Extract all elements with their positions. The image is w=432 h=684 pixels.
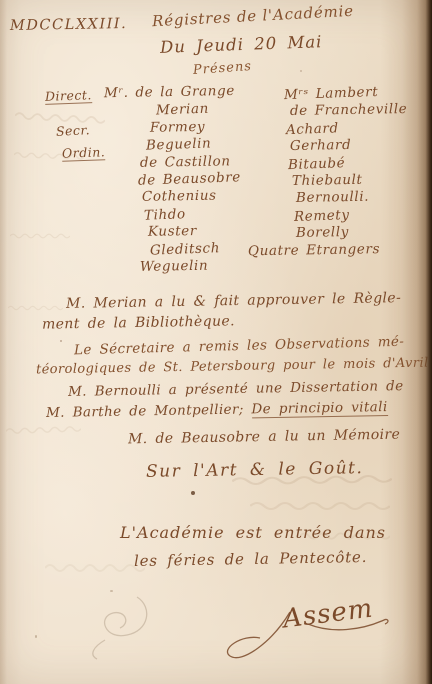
show-through-ghost xyxy=(250,500,390,512)
paper-speck xyxy=(60,340,62,342)
attendee-name: Weguelin xyxy=(140,258,241,277)
attendee-column-right: Mʳˢ Lambert de Francheville Achard Gerha… xyxy=(284,86,407,260)
role-label-secretary: Secr. xyxy=(56,123,91,139)
show-through-ghost xyxy=(6,423,81,438)
role-label-ordinary: Ordin. xyxy=(62,145,106,161)
attendee-name: Quatre Etrangers xyxy=(248,241,408,261)
ink-dot xyxy=(191,491,195,495)
manuscript-page: MDCCLXXIII. Régistres de l'Académie Du J… xyxy=(0,0,432,684)
minute-entry-beausobre-line1: M. de Beausobre a lu un Mémoire xyxy=(128,428,401,448)
pencil-flourish xyxy=(75,585,155,663)
closing-line1: L'Académie est entrée dans xyxy=(120,524,386,542)
minute-entry-bernoulli-line2: M. Barthe de Montpellier; De principio v… xyxy=(46,400,388,421)
minute-entry-secretary-line2: téorologiques de St. Petersbourg pour le… xyxy=(36,357,429,378)
attendee-name: Cothenius xyxy=(142,188,241,207)
paper-speck xyxy=(300,70,302,72)
year-roman-numeral: MDCCLXXIII. xyxy=(10,17,127,35)
signature-text: Assem xyxy=(282,595,375,634)
register-title: Régistres de l'Académie xyxy=(152,3,355,30)
show-through-ghost xyxy=(8,302,63,314)
attendee-column-left: Mʳ. de la Grange Merian Formey Beguelin … xyxy=(138,85,241,276)
dissertation-title-underlined: De principio vitali xyxy=(251,399,387,418)
minute-entry-merian-line1: M. Merian a lu & fait approuver le Règle… xyxy=(66,291,401,312)
page-left-edge xyxy=(0,0,7,684)
closing-line2: les féries de la Pentecôte. xyxy=(134,549,367,570)
show-through-ghost xyxy=(45,562,145,574)
dissertation-author-text: M. Barthe de Montpellier; xyxy=(46,401,252,421)
minute-entry-merian-line2: ment de la Bibliothèque. xyxy=(42,314,235,333)
minute-entry-bernoulli-line1: M. Bernoulli a présenté une Dissertation… xyxy=(68,379,404,400)
paper-speck xyxy=(110,590,113,592)
session-date: Du Jeudi 20 Mai xyxy=(160,33,323,57)
memoire-title: Sur l'Art & le Goût. xyxy=(146,459,364,481)
show-through-ghost xyxy=(10,230,70,242)
paper-speck xyxy=(35,635,37,638)
minute-entry-secretary-line1: Le Sécretaire a remis les Observations m… xyxy=(74,335,405,358)
presents-label: Présens xyxy=(193,60,253,78)
attendee-name: Kuster xyxy=(148,223,241,242)
role-label-director: Direct. xyxy=(45,88,92,104)
